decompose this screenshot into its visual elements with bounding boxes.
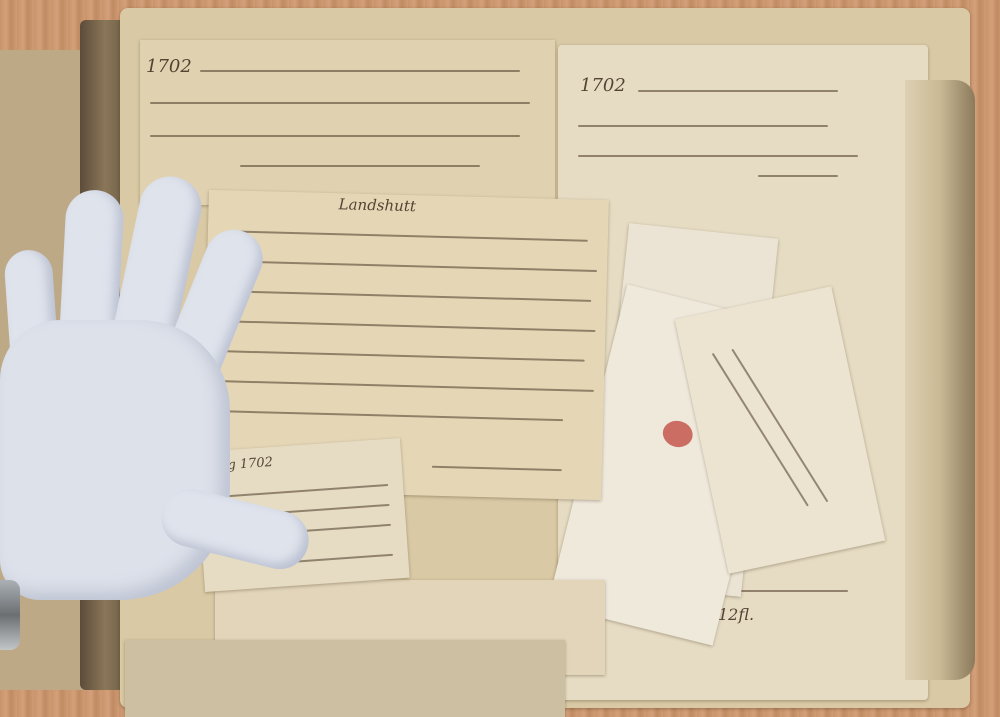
handwriting-line bbox=[712, 353, 809, 507]
page-edge-right bbox=[905, 80, 975, 680]
date-line: 1702 bbox=[146, 56, 192, 77]
gloved-hand bbox=[0, 170, 310, 620]
handwriting-line bbox=[731, 349, 828, 503]
amount: 12fl. bbox=[718, 605, 754, 624]
handwriting-line bbox=[578, 125, 828, 127]
handwriting-line bbox=[150, 102, 530, 104]
wristwatch-band bbox=[0, 580, 20, 650]
lower-page bbox=[125, 640, 565, 717]
date-line: 1702 bbox=[580, 75, 626, 96]
signature-line bbox=[432, 466, 562, 471]
letter-heading: Landshutt bbox=[338, 195, 416, 215]
wax-seal bbox=[660, 418, 695, 450]
glove-palm bbox=[0, 320, 230, 600]
handwriting-line bbox=[150, 135, 520, 137]
handwriting-line bbox=[638, 90, 838, 92]
handwriting-line bbox=[200, 70, 520, 72]
handwriting-line bbox=[758, 175, 838, 177]
handwriting-line bbox=[578, 155, 858, 157]
handwriting-line bbox=[240, 165, 480, 167]
